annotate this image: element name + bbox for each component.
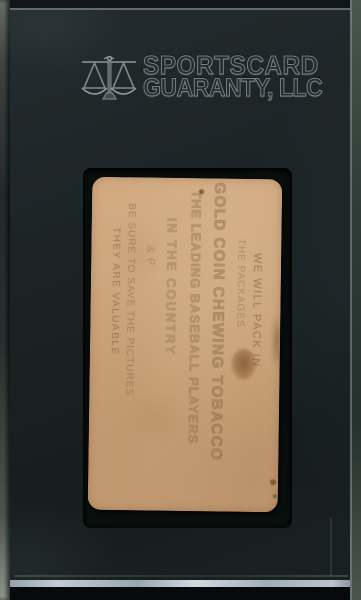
card-text-line: IN THE COUNTRY xyxy=(161,218,180,511)
graded-card-photo: SPORTSCARD GUARANTY, LLC WE WILL PACK IN… xyxy=(0,0,361,600)
card-back: WE WILL PACK IN THE PACKAGES GOLD COIN C… xyxy=(88,177,283,513)
slab-edge-top xyxy=(0,0,361,10)
card-window: WE WILL PACK IN THE PACKAGES GOLD COIN C… xyxy=(83,168,292,528)
stain xyxy=(270,479,276,485)
slab-edge-left xyxy=(0,0,10,600)
card-text-line: THE LEADING BASEBALL PLAYERS xyxy=(185,190,204,511)
brand-wordmark: SPORTSCARD GUARANTY, LLC xyxy=(143,54,338,100)
slab-edge-highlight xyxy=(0,580,361,587)
card-text-line: WE WILL PACK IN xyxy=(248,253,264,512)
stain xyxy=(199,189,204,194)
scales-icon xyxy=(80,53,138,103)
slab-inner-frame-line xyxy=(330,518,332,576)
sgc-logo: SPORTSCARD GUARANTY, LLC xyxy=(80,53,338,103)
slab-inner-frame-line xyxy=(14,575,348,577)
stain xyxy=(271,312,283,370)
slab-edge-bottom xyxy=(0,580,361,600)
slab-edge-right xyxy=(350,0,361,600)
brand-line-2: GUARANTY, LLC xyxy=(143,77,322,100)
card-text-line: GOLD COIN CHEWING TOBACCO xyxy=(207,182,229,511)
slab-face: SPORTSCARD GUARANTY, LLC WE WILL PACK IN… xyxy=(10,8,352,580)
